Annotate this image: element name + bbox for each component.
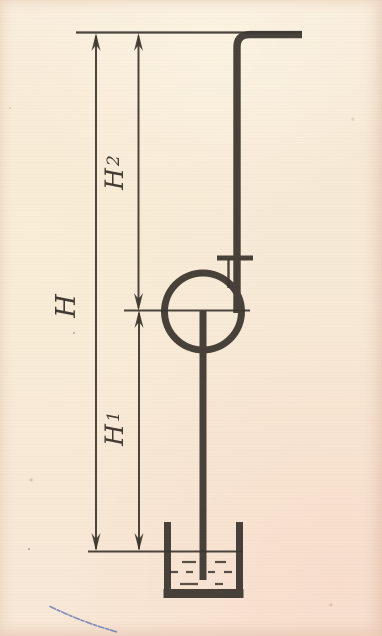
- discharge-pipe: [237, 35, 302, 313]
- dimension-arrowheads: [92, 33, 144, 551]
- scanned-page: H H2 H1: [0, 0, 382, 636]
- thick-lines: [164, 35, 303, 594]
- pen-mark: [50, 607, 117, 633]
- thin-lines: [76, 33, 302, 552]
- pump-installation-diagram: [0, 0, 382, 636]
